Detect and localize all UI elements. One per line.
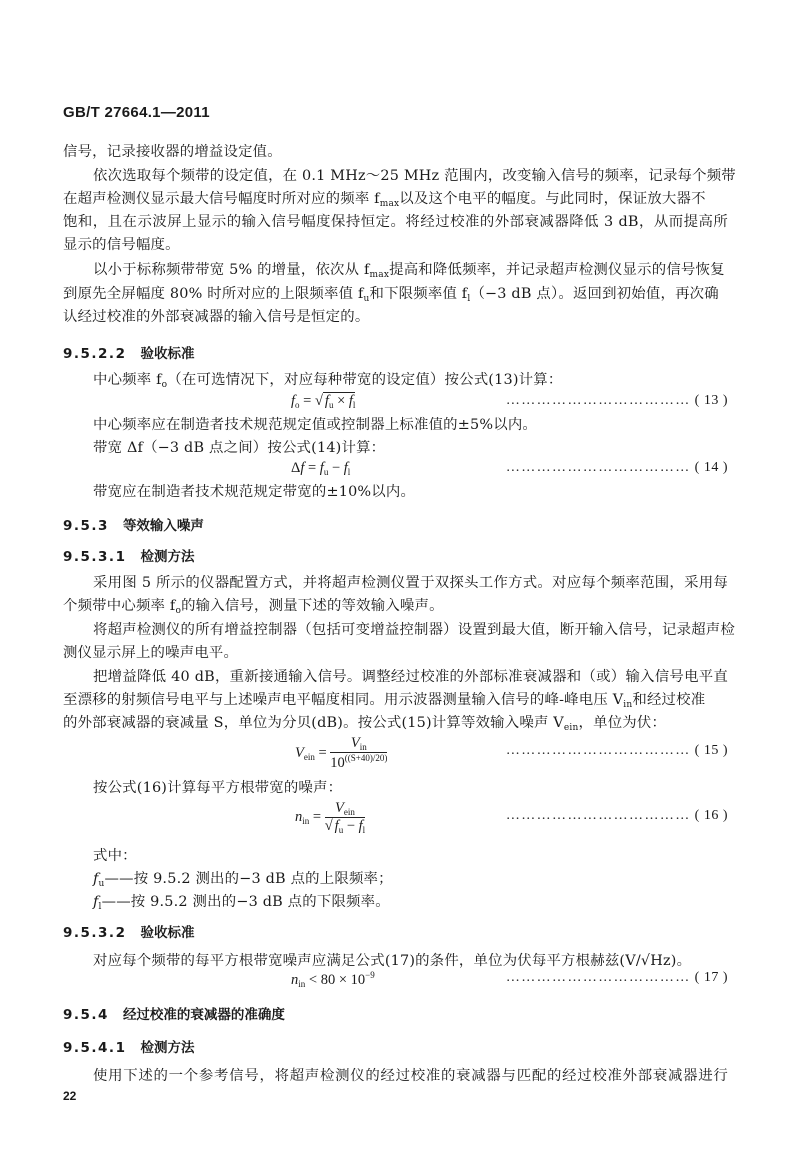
paragraph-line: 中心频率应在制造者技术规范规定值或控制器上标准值的±5%以内。 <box>63 415 537 435</box>
paragraph-line: 依次选取每个频带的设定值，在 0.1 MHz～25 MHz 范围内，改变输入信号… <box>63 166 728 186</box>
section-heading-9-5-4: 9.5.4经过校准的衰减器的准确度 <box>63 1003 285 1023</box>
paragraph-line: 把增益降低 40 dB，重新接通输入信号。调整经过校准的外部标准衰减器和（或）输… <box>63 667 728 687</box>
paragraph-line: 信号，记录接收器的增益设定值。 <box>63 142 282 162</box>
equation-number-15: ……………………………… ( 15 ) <box>506 743 728 759</box>
paragraph-line: 到原先全屏幅度 80% 时所对应的上限频率值 fu和下限频率值 fl（−3 dB… <box>63 284 719 309</box>
paragraph-line: 以小于标称频带带宽 5% 的增量，依次从 fmax提高和降低频率，并记录超声检测… <box>63 260 725 285</box>
equation-number-17: ……………………………… ( 17 ) <box>506 970 728 986</box>
equation-16: nin = Vein√fu − fl <box>295 800 365 835</box>
paragraph-line: 测仪显示屏上的噪声电平。 <box>63 643 238 663</box>
definition-fu: fu——按 9.5.2 测出的−3 dB 点的上限频率； <box>63 869 393 894</box>
equation-number-13: ……………………………… ( 13 ) <box>506 393 728 409</box>
paragraph-line: 式中： <box>63 846 137 866</box>
equation-17: nin < 80 × 10−9 <box>291 970 375 989</box>
paragraph-line: 饱和，且在示波屏上显示的输入信号幅度保持恒定。将经过校准的外部衰减器降低 3 d… <box>63 212 728 232</box>
equation-number-16: ……………………………… ( 16 ) <box>506 808 728 824</box>
equation-15: Vein = Vin10((S+40)/20) <box>295 735 387 772</box>
paragraph-line: 个频带中心频率 fo的输入信号，测量下述的等效输入噪声。 <box>63 596 444 621</box>
paragraph-line: 使用下述的一个参考信号，将超声检测仪的经过校准的衰减器与匹配的经过校准外部衰减器… <box>63 1066 728 1086</box>
paragraph-line: 在超声检测仪显示最大信号幅度时所对应的频率 fmax以及这个电平的幅度。与此同时… <box>63 189 728 214</box>
paragraph-line: 中心频率 fo（在可选情况下，对应每种带宽的设定值）按公式(13)计算： <box>63 370 562 395</box>
paragraph-line: 对应每个频带的每平方根带宽噪声应满足公式(17)的条件，单位为伏每平方根赫兹(V… <box>63 951 691 971</box>
paragraph-line: 采用图 5 所示的仪器配置方式，并将超声检测仪置于双探头工作方式。对应每个频率范… <box>63 573 728 593</box>
paragraph-line: 认经过校准的外部衰减器的输入信号是恒定的。 <box>63 307 369 327</box>
paragraph-line: 按公式(16)计算每平方根带宽的噪声： <box>63 778 342 798</box>
equation-number-14: ……………………………… ( 14 ) <box>506 460 728 476</box>
paragraph-line: 带宽 Δf（−3 dB 点之间）按公式(14)计算： <box>63 438 385 458</box>
section-heading-9-5-2-2: 9.5.2.2验收标准 <box>63 342 194 362</box>
section-heading-9-5-3-1: 9.5.3.1检测方法 <box>63 545 194 565</box>
paragraph-line: 显示的信号幅度。 <box>63 235 180 255</box>
page-number: 22 <box>63 1089 76 1103</box>
section-heading-9-5-3-2: 9.5.3.2验收标准 <box>63 921 194 941</box>
paragraph-line: 将超声检测仪的所有增益控制器（包括可变增益控制器）设置到最大值，断开输入信号，记… <box>63 620 728 640</box>
equation-14: Δf = fu − fl <box>291 460 350 477</box>
equation-13: fo = √fu × fl <box>291 393 355 410</box>
definition-fl: fl——按 9.5.2 测出的−3 dB 点的下限频率。 <box>63 892 390 917</box>
standard-code: GB/T 27664.1—2011 <box>63 104 210 121</box>
section-heading-9-5-3: 9.5.3等效输入噪声 <box>63 514 204 534</box>
paragraph-line: 带宽应在制造者技术规范规定带宽的±10%以内。 <box>63 482 415 502</box>
paragraph-line: 至漂移的射频信号电平与上述噪声电平幅度相同。用示波器测量输入信号的峰-峰电压 V… <box>63 690 705 715</box>
section-heading-9-5-4-1: 9.5.4.1检测方法 <box>63 1036 194 1056</box>
